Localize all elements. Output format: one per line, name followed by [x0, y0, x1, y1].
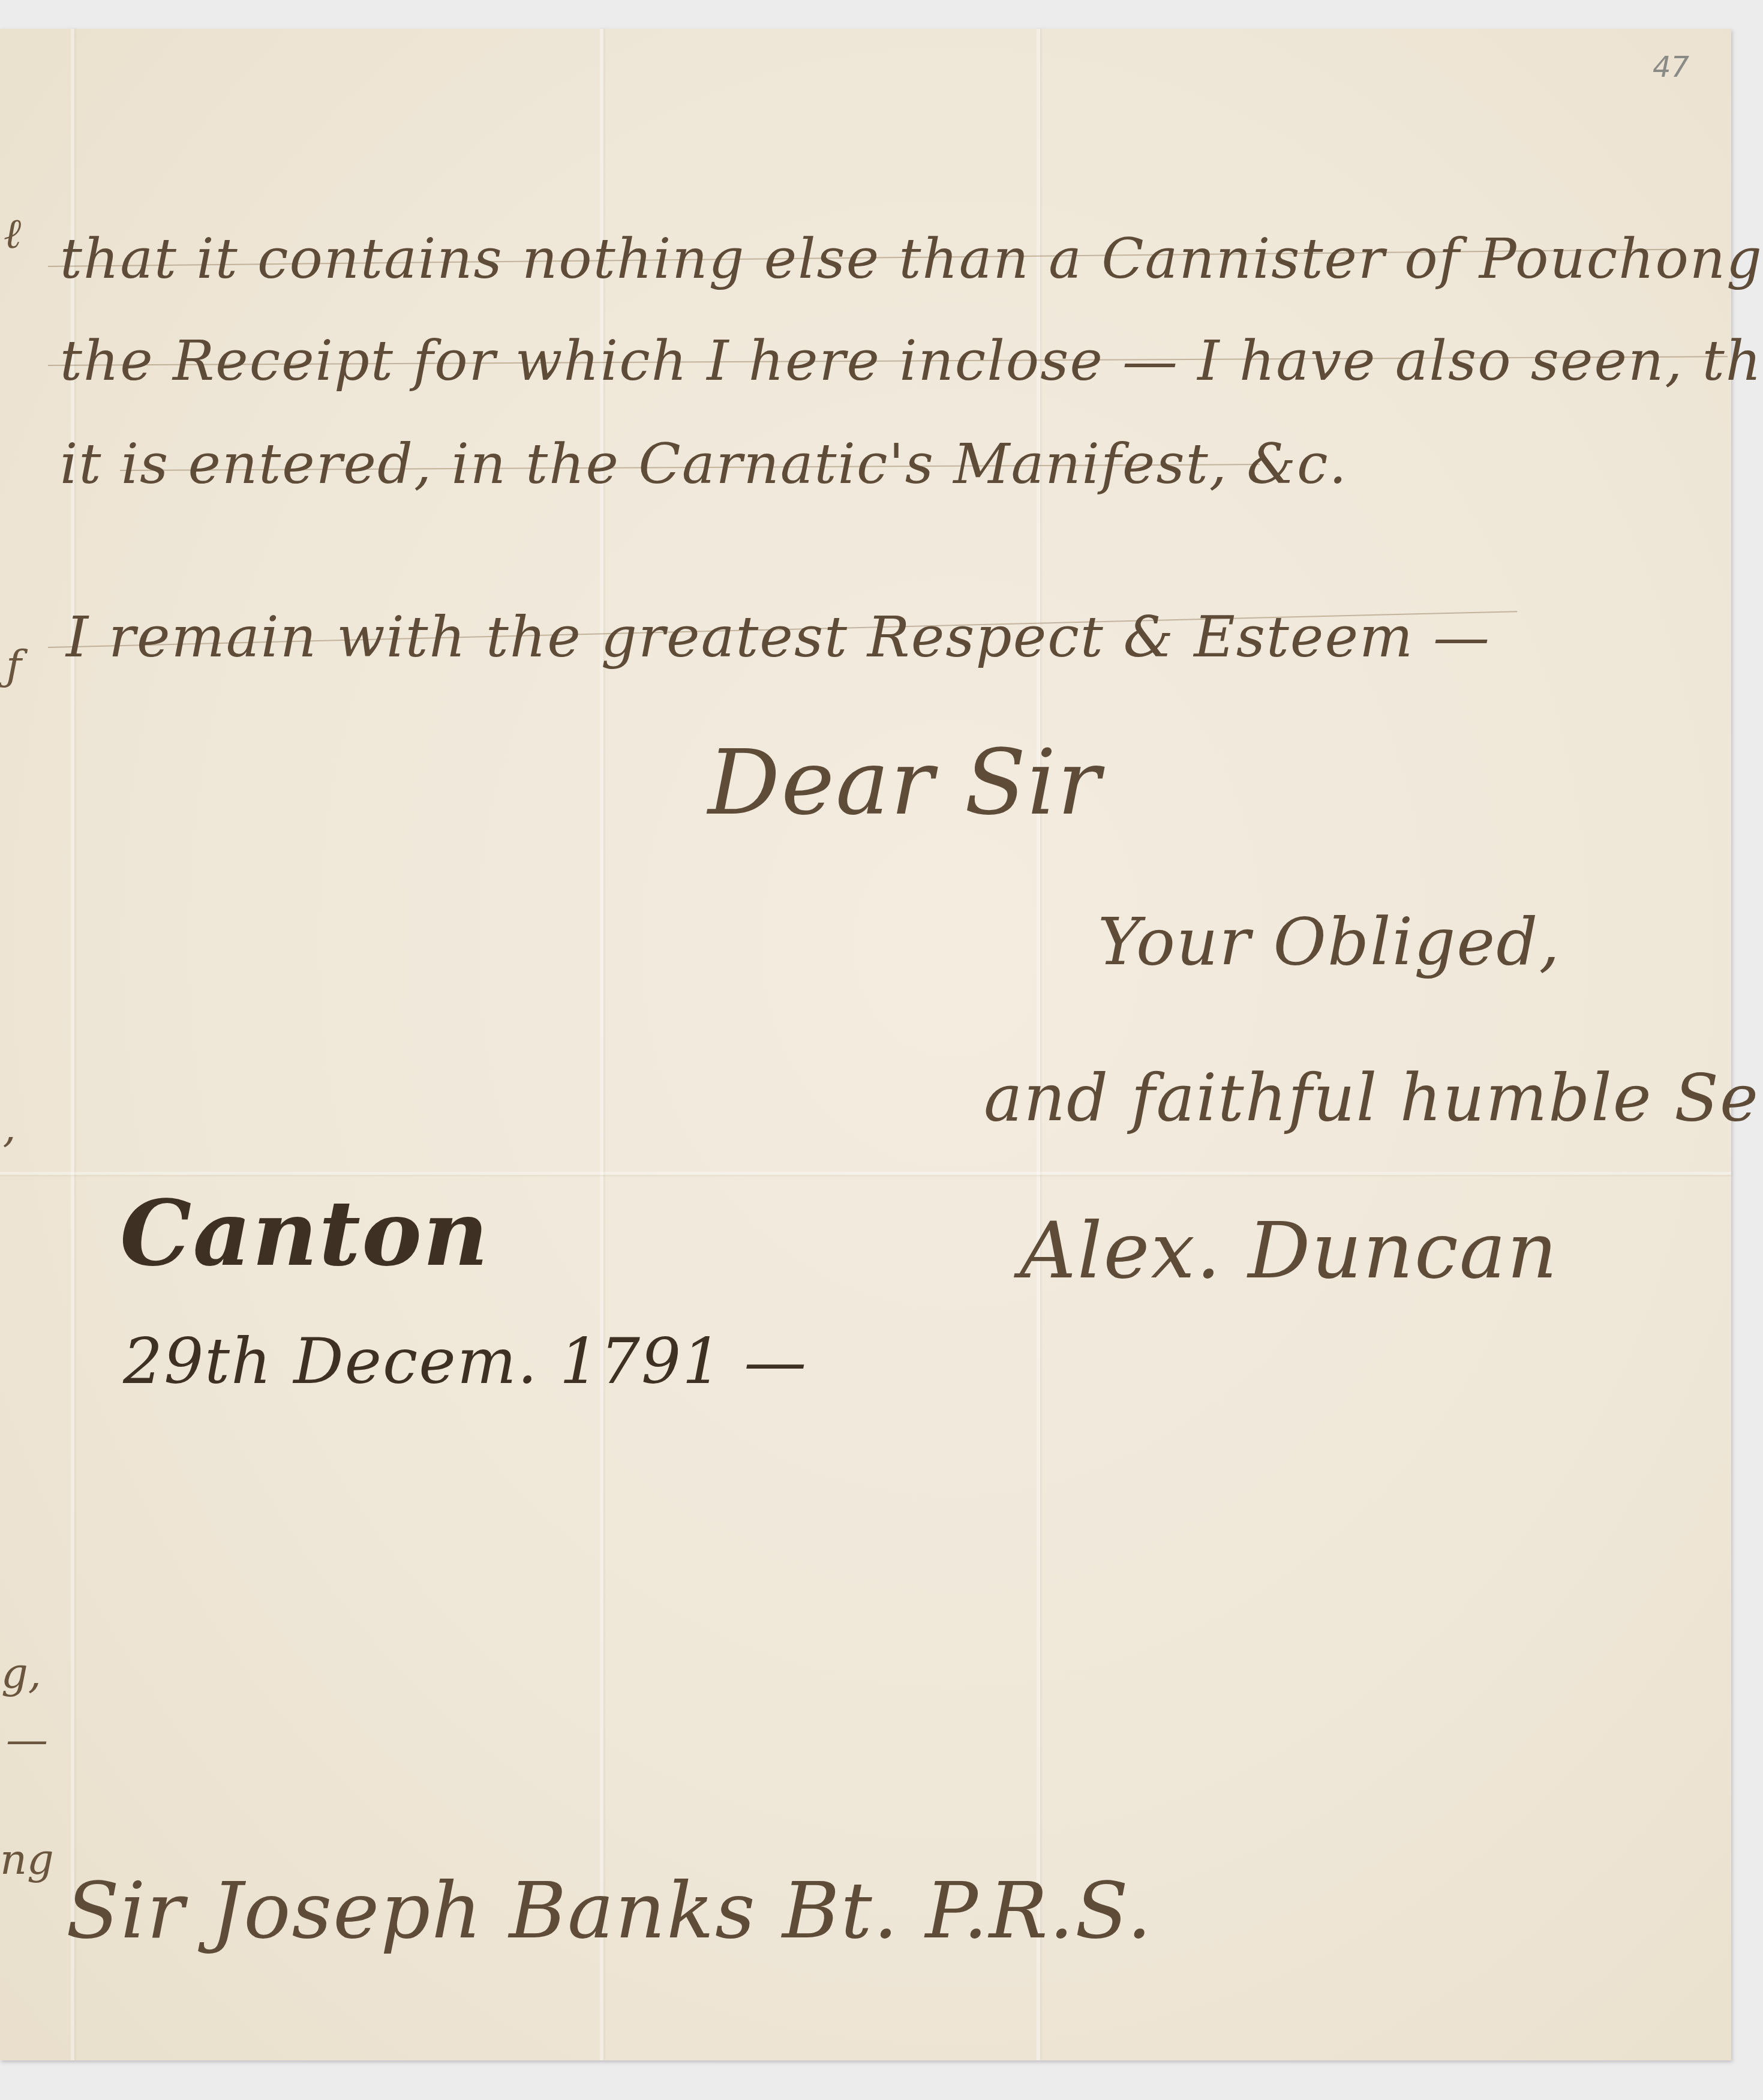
fold-line [0, 1172, 1731, 1175]
place: Canton [120, 1181, 489, 1286]
body-line: it is entered, in the Carnatic's Manifes… [60, 432, 1348, 496]
signature: Alex. Duncan [1020, 1205, 1558, 1296]
margin-fragment: ƒ [6, 641, 22, 690]
valediction-line: Your Obliged, [1098, 905, 1561, 980]
page-number: 47 [1653, 50, 1689, 84]
body-line: the Receipt for which I here inclose — I… [60, 329, 1763, 393]
closing-line: I remain with the greatest Respect & Est… [66, 605, 1491, 670]
letter-page: 47 ℓ ƒ ‚ g, — ng that it contains nothin… [0, 29, 1731, 2060]
margin-fragment: ‚ [2, 1103, 16, 1152]
addressee: Sir Joseph Banks Bt. P.R.S. [66, 1865, 1153, 1956]
date: 29th Decem. 1791 — [123, 1325, 807, 1398]
margin-fragment: g, [1, 1649, 41, 1698]
margin-fragment: ng [0, 1835, 54, 1884]
body-line: that it contains nothing else than a Can… [60, 227, 1763, 291]
margin-fragment: ℓ [4, 209, 21, 259]
margin-fragment: — [6, 1715, 48, 1764]
valediction-line: and faithful humble Servant [984, 1061, 1763, 1136]
salutation: Dear Sir [708, 731, 1101, 835]
